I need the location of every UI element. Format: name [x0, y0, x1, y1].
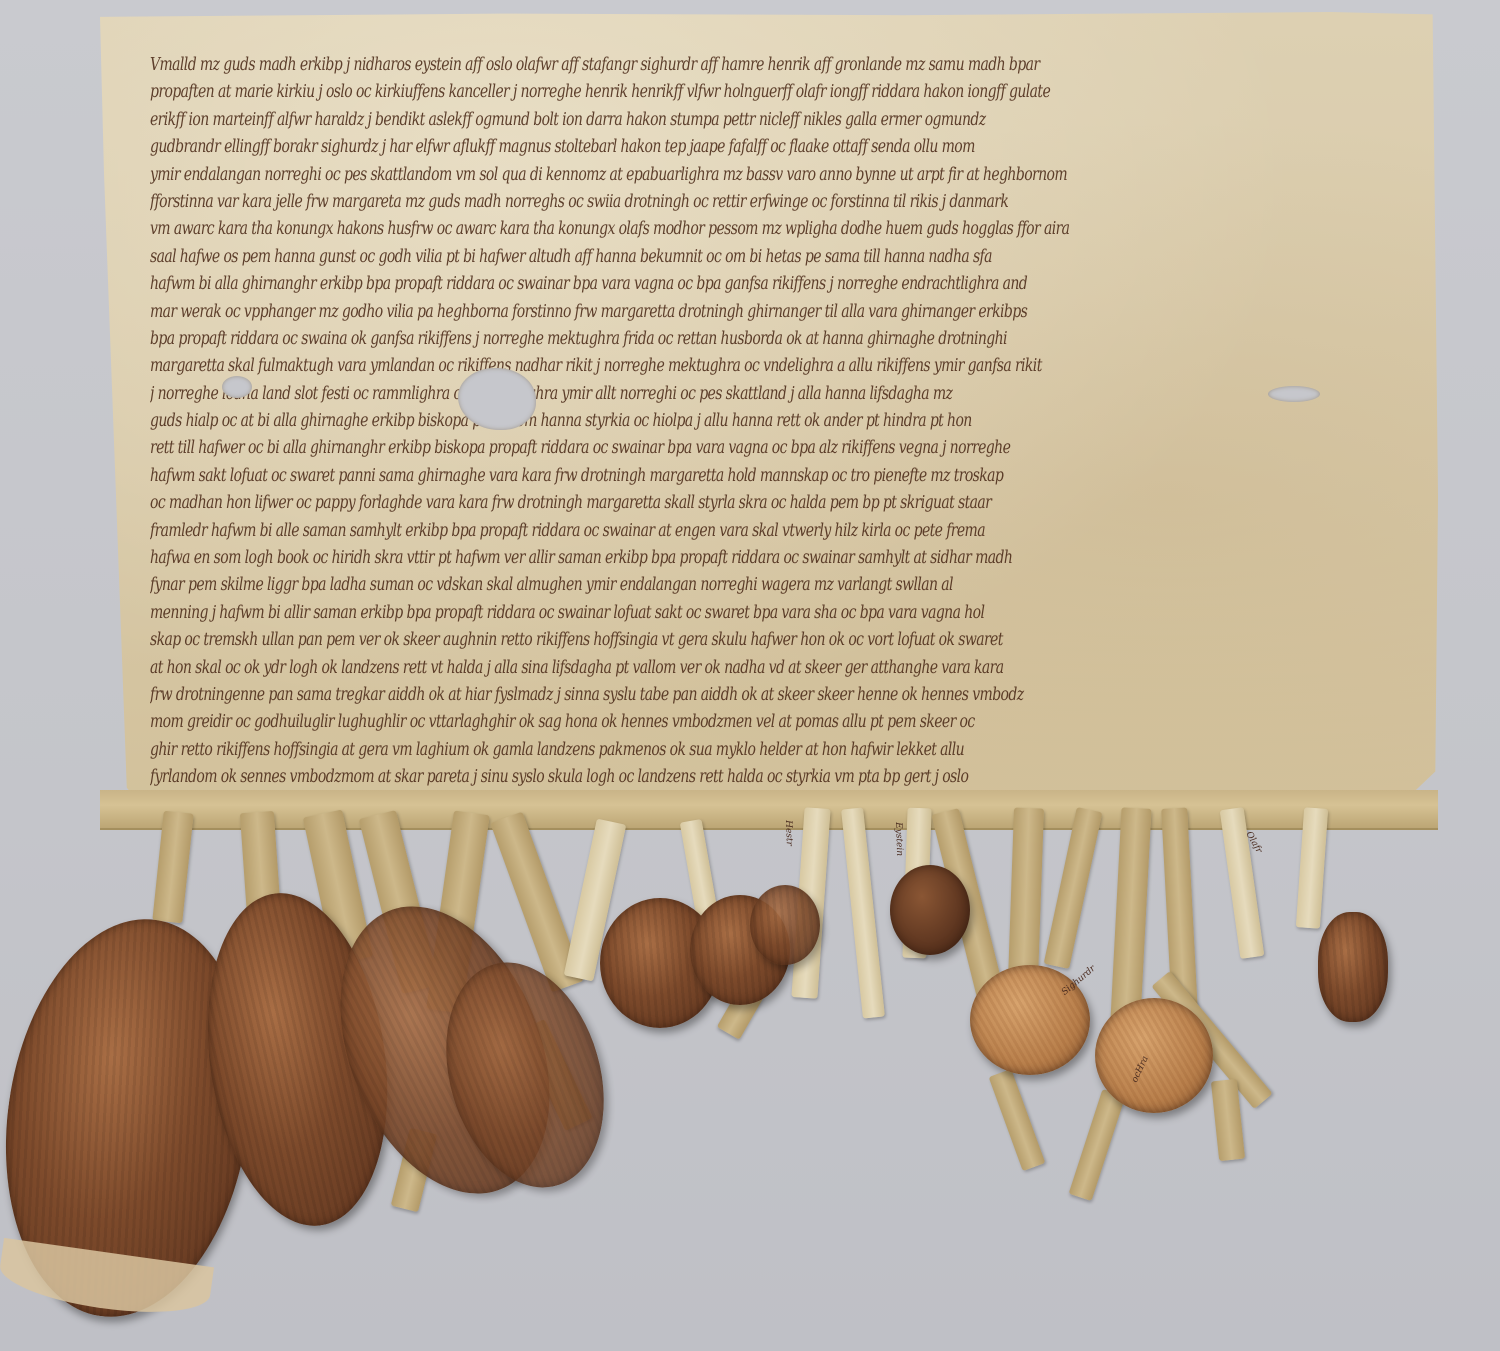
wax-seal: [750, 885, 820, 965]
seal-tag: [841, 807, 885, 1018]
wax-seal: [1095, 998, 1213, 1113]
seal-tag: [1044, 807, 1103, 969]
wax-seal: [890, 865, 970, 955]
seal-label-strip: Eystein: [893, 822, 904, 856]
wax-seal: [1318, 912, 1388, 1022]
photograph: Vmalld mz guds madh erkibp j nidharos ey…: [0, 0, 1500, 1351]
parchment-hole: [222, 376, 252, 398]
parchment-hole: [1268, 386, 1320, 402]
charter-text: Vmalld mz guds madh erkibp j nidharos ey…: [150, 52, 1370, 792]
seal-tag: [1069, 1089, 1126, 1201]
seal-label-strip: Hestr: [783, 820, 794, 846]
seal-tag: [989, 1069, 1046, 1171]
